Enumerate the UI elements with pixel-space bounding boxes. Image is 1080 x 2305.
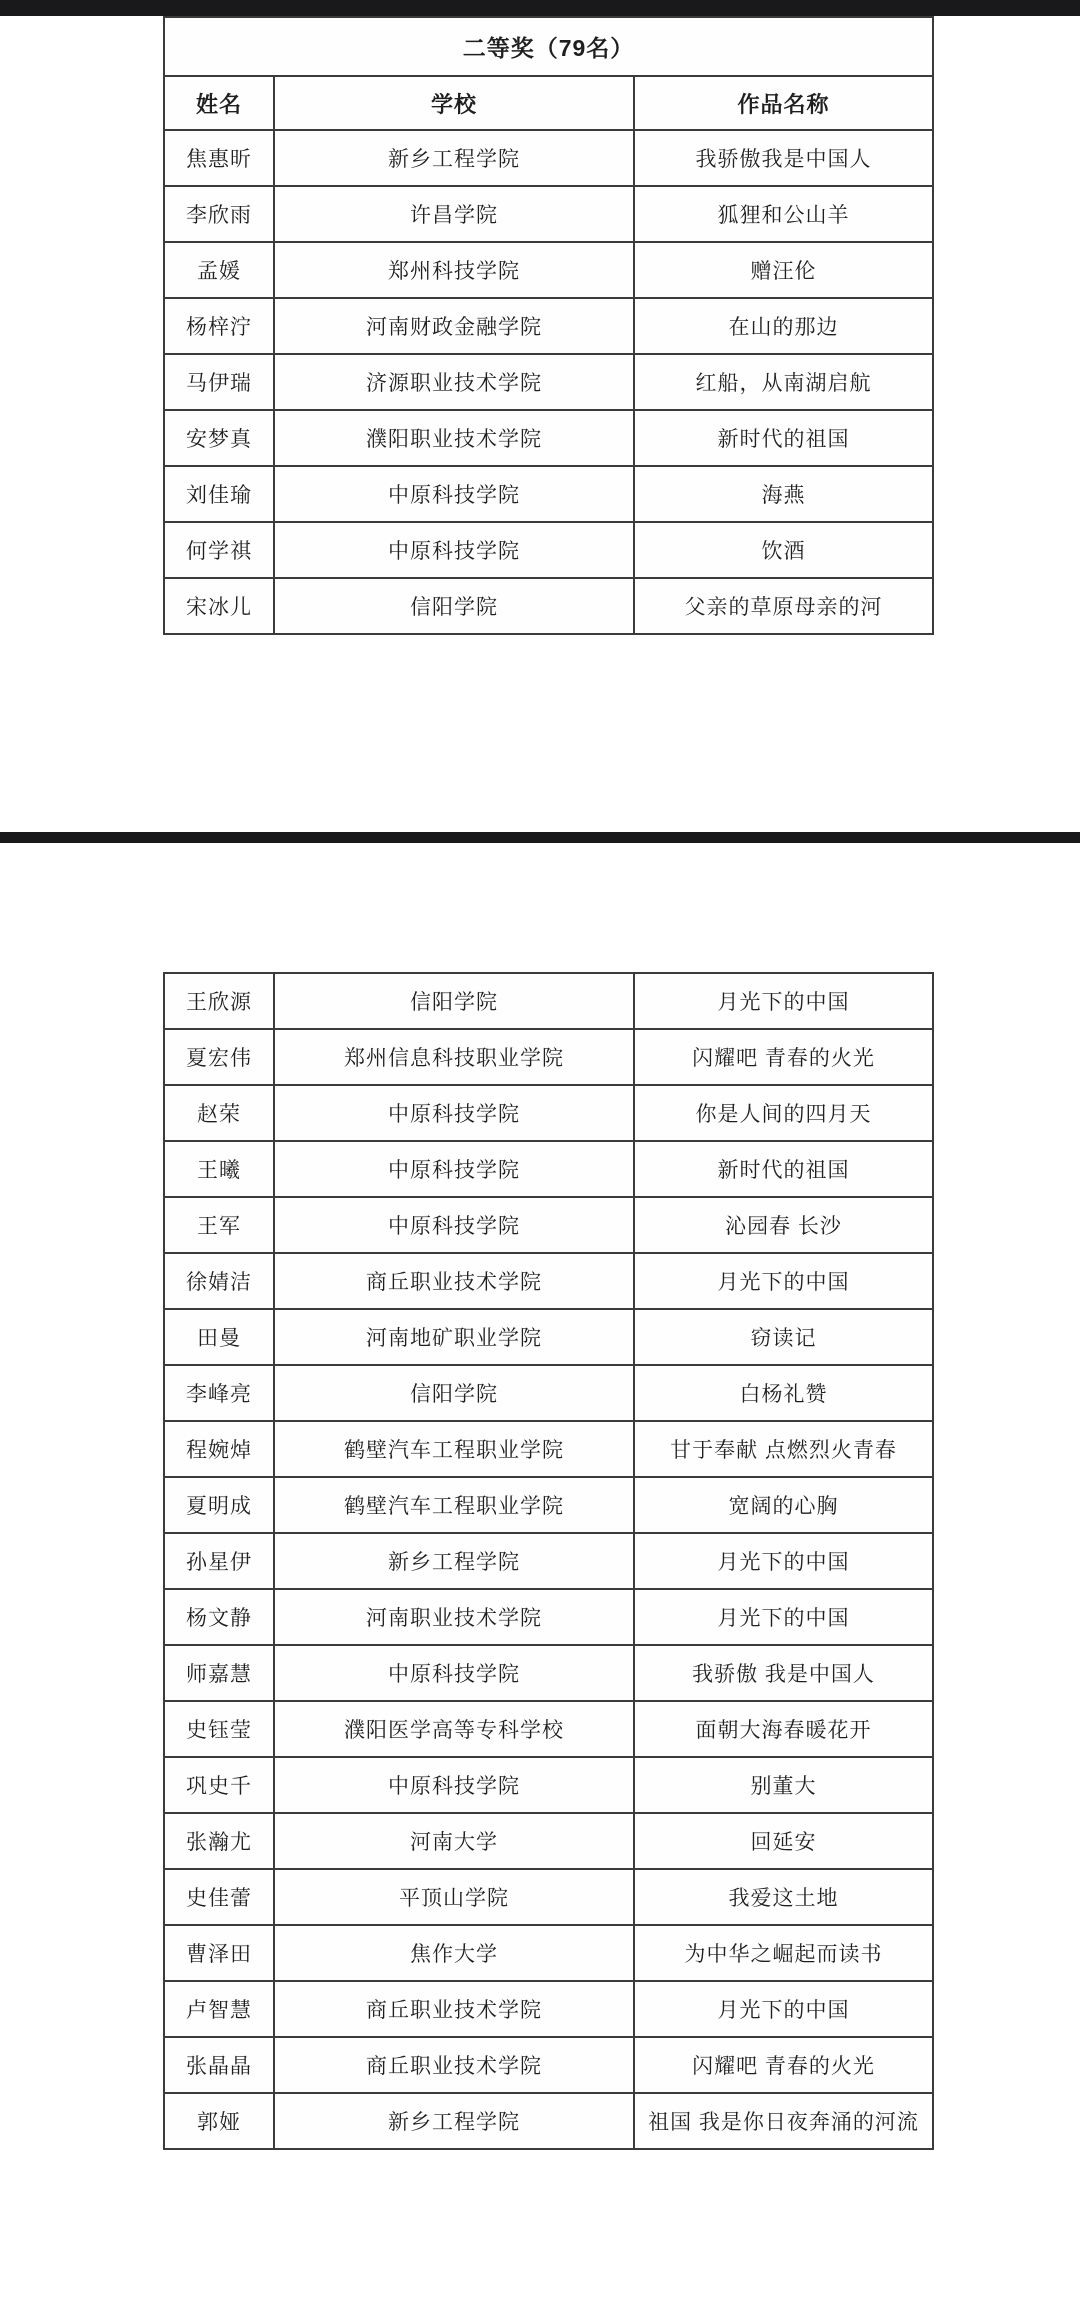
table-row: 张晶晶商丘职业技术学院闪耀吧 青春的火光 (164, 2037, 933, 2093)
cell-school: 中原科技学院 (274, 522, 634, 578)
cell-name: 焦惠昕 (164, 130, 274, 186)
cell-work: 甘于奉献 点燃烈火青春 (634, 1421, 933, 1477)
table-row: 王曦中原科技学院新时代的祖国 (164, 1141, 933, 1197)
cell-work: 月光下的中国 (634, 1981, 933, 2037)
cell-name: 巩史千 (164, 1757, 274, 1813)
column-header-name: 姓名 (164, 76, 274, 130)
cell-school: 商丘职业技术学院 (274, 1981, 634, 2037)
cell-name: 徐婧洁 (164, 1253, 274, 1309)
cell-school: 信阳学院 (274, 578, 634, 634)
cell-name: 王欣源 (164, 973, 274, 1029)
table-row: 史钰莹濮阳医学高等专科学校面朝大海春暖花开 (164, 1701, 933, 1757)
table-row: 王欣源信阳学院月光下的中国 (164, 973, 933, 1029)
table-row: 郭娅新乡工程学院祖国 我是你日夜奔涌的河流 (164, 2093, 933, 2149)
cell-school: 信阳学院 (274, 1365, 634, 1421)
cell-school: 鹤壁汽车工程职业学院 (274, 1477, 634, 1533)
table-row: 史佳蕾平顶山学院我爱这土地 (164, 1869, 933, 1925)
cell-name: 杨文静 (164, 1589, 274, 1645)
cell-work: 闪耀吧 青春的火光 (634, 1029, 933, 1085)
cell-school: 商丘职业技术学院 (274, 2037, 634, 2093)
cell-school: 新乡工程学院 (274, 1533, 634, 1589)
cell-work: 回延安 (634, 1813, 933, 1869)
cell-name: 宋冰儿 (164, 578, 274, 634)
table-row: 曹泽田焦作大学为中华之崛起而读书 (164, 1925, 933, 1981)
cell-name: 张瀚尤 (164, 1813, 274, 1869)
cell-name: 史佳蕾 (164, 1869, 274, 1925)
cell-school: 中原科技学院 (274, 466, 634, 522)
cell-name: 卢智慧 (164, 1981, 274, 2037)
table-row: 宋冰儿信阳学院父亲的草原母亲的河 (164, 578, 933, 634)
cell-work: 狐狸和公山羊 (634, 186, 933, 242)
table-row: 夏宏伟郑州信息科技职业学院闪耀吧 青春的火光 (164, 1029, 933, 1085)
table-row: 徐婧洁商丘职业技术学院月光下的中国 (164, 1253, 933, 1309)
award-table-page-2: 王欣源信阳学院月光下的中国夏宏伟郑州信息科技职业学院闪耀吧 青春的火光赵荣中原科… (163, 972, 934, 2150)
cell-work: 我骄傲我是中国人 (634, 130, 933, 186)
cell-name: 孟媛 (164, 242, 274, 298)
cell-work: 白杨礼赞 (634, 1365, 933, 1421)
table-row: 孟媛郑州科技学院赠汪伦 (164, 242, 933, 298)
table-row: 何学祺中原科技学院饮酒 (164, 522, 933, 578)
cell-school: 商丘职业技术学院 (274, 1253, 634, 1309)
table-row: 巩史千中原科技学院别董大 (164, 1757, 933, 1813)
cell-name: 史钰莹 (164, 1701, 274, 1757)
table-row: 李峰亮信阳学院白杨礼赞 (164, 1365, 933, 1421)
table-row: 李欣雨许昌学院狐狸和公山羊 (164, 186, 933, 242)
section-title: 二等奖（79名） (164, 17, 933, 76)
cell-name: 安梦真 (164, 410, 274, 466)
cell-work: 在山的那边 (634, 298, 933, 354)
award-table-2-body: 王欣源信阳学院月光下的中国夏宏伟郑州信息科技职业学院闪耀吧 青春的火光赵荣中原科… (164, 973, 933, 2149)
table-row: 杨文静河南职业技术学院月光下的中国 (164, 1589, 933, 1645)
section-title-row: 二等奖（79名） (164, 17, 933, 76)
cell-work: 新时代的祖国 (634, 410, 933, 466)
cell-work: 月光下的中国 (634, 1253, 933, 1309)
cell-name: 夏宏伟 (164, 1029, 274, 1085)
cell-school: 新乡工程学院 (274, 2093, 634, 2149)
cell-school: 河南财政金融学院 (274, 298, 634, 354)
cell-school: 焦作大学 (274, 1925, 634, 1981)
award-table-page-1: 二等奖（79名） 姓名 学校 作品名称 焦惠昕新乡工程学院我骄傲我是中国人李欣雨… (163, 16, 934, 635)
cell-work: 别董大 (634, 1757, 933, 1813)
cell-school: 信阳学院 (274, 973, 634, 1029)
cell-name: 李峰亮 (164, 1365, 274, 1421)
table-row: 焦惠昕新乡工程学院我骄傲我是中国人 (164, 130, 933, 186)
cell-school: 郑州科技学院 (274, 242, 634, 298)
cell-school: 中原科技学院 (274, 1141, 634, 1197)
cell-name: 郭娅 (164, 2093, 274, 2149)
cell-name: 马伊瑞 (164, 354, 274, 410)
cell-work: 我骄傲 我是中国人 (634, 1645, 933, 1701)
table-row: 程婉焯鹤壁汽车工程职业学院甘于奉献 点燃烈火青春 (164, 1421, 933, 1477)
cell-work: 新时代的祖国 (634, 1141, 933, 1197)
cell-school: 济源职业技术学院 (274, 354, 634, 410)
cell-school: 河南职业技术学院 (274, 1589, 634, 1645)
table-row: 师嘉慧中原科技学院我骄傲 我是中国人 (164, 1645, 933, 1701)
table-row: 孙星伊新乡工程学院月光下的中国 (164, 1533, 933, 1589)
cell-name: 赵荣 (164, 1085, 274, 1141)
cell-school: 平顶山学院 (274, 1869, 634, 1925)
page-break-band (0, 832, 1080, 843)
cell-name: 张晶晶 (164, 2037, 274, 2093)
cell-name: 杨梓泞 (164, 298, 274, 354)
cell-school: 河南大学 (274, 1813, 634, 1869)
cell-school: 濮阳医学高等专科学校 (274, 1701, 634, 1757)
cell-name: 程婉焯 (164, 1421, 274, 1477)
cell-school: 鹤壁汽车工程职业学院 (274, 1421, 634, 1477)
document-page: 二等奖（79名） 姓名 学校 作品名称 焦惠昕新乡工程学院我骄傲我是中国人李欣雨… (0, 0, 1080, 2305)
cell-school: 新乡工程学院 (274, 130, 634, 186)
column-header-school: 学校 (274, 76, 634, 130)
cell-work: 我爱这土地 (634, 1869, 933, 1925)
cell-school: 中原科技学院 (274, 1085, 634, 1141)
cell-work: 窃读记 (634, 1309, 933, 1365)
table-row: 安梦真濮阳职业技术学院新时代的祖国 (164, 410, 933, 466)
table-row: 王军中原科技学院沁园春 长沙 (164, 1197, 933, 1253)
table-row: 田曼河南地矿职业学院窃读记 (164, 1309, 933, 1365)
table-row: 夏明成鹤壁汽车工程职业学院宽阔的心胸 (164, 1477, 933, 1533)
cell-work: 祖国 我是你日夜奔涌的河流 (634, 2093, 933, 2149)
cell-work: 红船，从南湖启航 (634, 354, 933, 410)
cell-school: 濮阳职业技术学院 (274, 410, 634, 466)
cell-work: 宽阔的心胸 (634, 1477, 933, 1533)
cell-work: 闪耀吧 青春的火光 (634, 2037, 933, 2093)
cell-work: 父亲的草原母亲的河 (634, 578, 933, 634)
table-row: 卢智慧商丘职业技术学院月光下的中国 (164, 1981, 933, 2037)
cell-work: 你是人间的四月天 (634, 1085, 933, 1141)
cell-school: 郑州信息科技职业学院 (274, 1029, 634, 1085)
cell-name: 刘佳瑜 (164, 466, 274, 522)
cell-work: 沁园春 长沙 (634, 1197, 933, 1253)
cell-work: 饮酒 (634, 522, 933, 578)
cell-work: 月光下的中国 (634, 1533, 933, 1589)
table-row: 刘佳瑜中原科技学院海燕 (164, 466, 933, 522)
cell-school: 河南地矿职业学院 (274, 1309, 634, 1365)
table-row: 杨梓泞河南财政金融学院在山的那边 (164, 298, 933, 354)
cell-school: 中原科技学院 (274, 1197, 634, 1253)
award-table-1-body: 焦惠昕新乡工程学院我骄傲我是中国人李欣雨许昌学院狐狸和公山羊孟媛郑州科技学院赠汪… (164, 130, 933, 634)
cell-name: 李欣雨 (164, 186, 274, 242)
cell-work: 面朝大海春暖花开 (634, 1701, 933, 1757)
cell-name: 田曼 (164, 1309, 274, 1365)
cell-work: 赠汪伦 (634, 242, 933, 298)
cell-name: 夏明成 (164, 1477, 274, 1533)
cell-school: 中原科技学院 (274, 1645, 634, 1701)
top-crop-band (0, 0, 1080, 16)
cell-work: 月光下的中国 (634, 1589, 933, 1645)
cell-name: 何学祺 (164, 522, 274, 578)
table-row: 张瀚尤河南大学回延安 (164, 1813, 933, 1869)
cell-school: 中原科技学院 (274, 1757, 634, 1813)
cell-name: 师嘉慧 (164, 1645, 274, 1701)
column-header-work: 作品名称 (634, 76, 933, 130)
table-row: 马伊瑞济源职业技术学院红船，从南湖启航 (164, 354, 933, 410)
cell-name: 孙星伊 (164, 1533, 274, 1589)
cell-name: 曹泽田 (164, 1925, 274, 1981)
table-row: 赵荣中原科技学院你是人间的四月天 (164, 1085, 933, 1141)
cell-work: 月光下的中国 (634, 973, 933, 1029)
cell-name: 王曦 (164, 1141, 274, 1197)
cell-school: 许昌学院 (274, 186, 634, 242)
cell-work: 海燕 (634, 466, 933, 522)
cell-work: 为中华之崛起而读书 (634, 1925, 933, 1981)
cell-name: 王军 (164, 1197, 274, 1253)
column-header-row: 姓名 学校 作品名称 (164, 76, 933, 130)
